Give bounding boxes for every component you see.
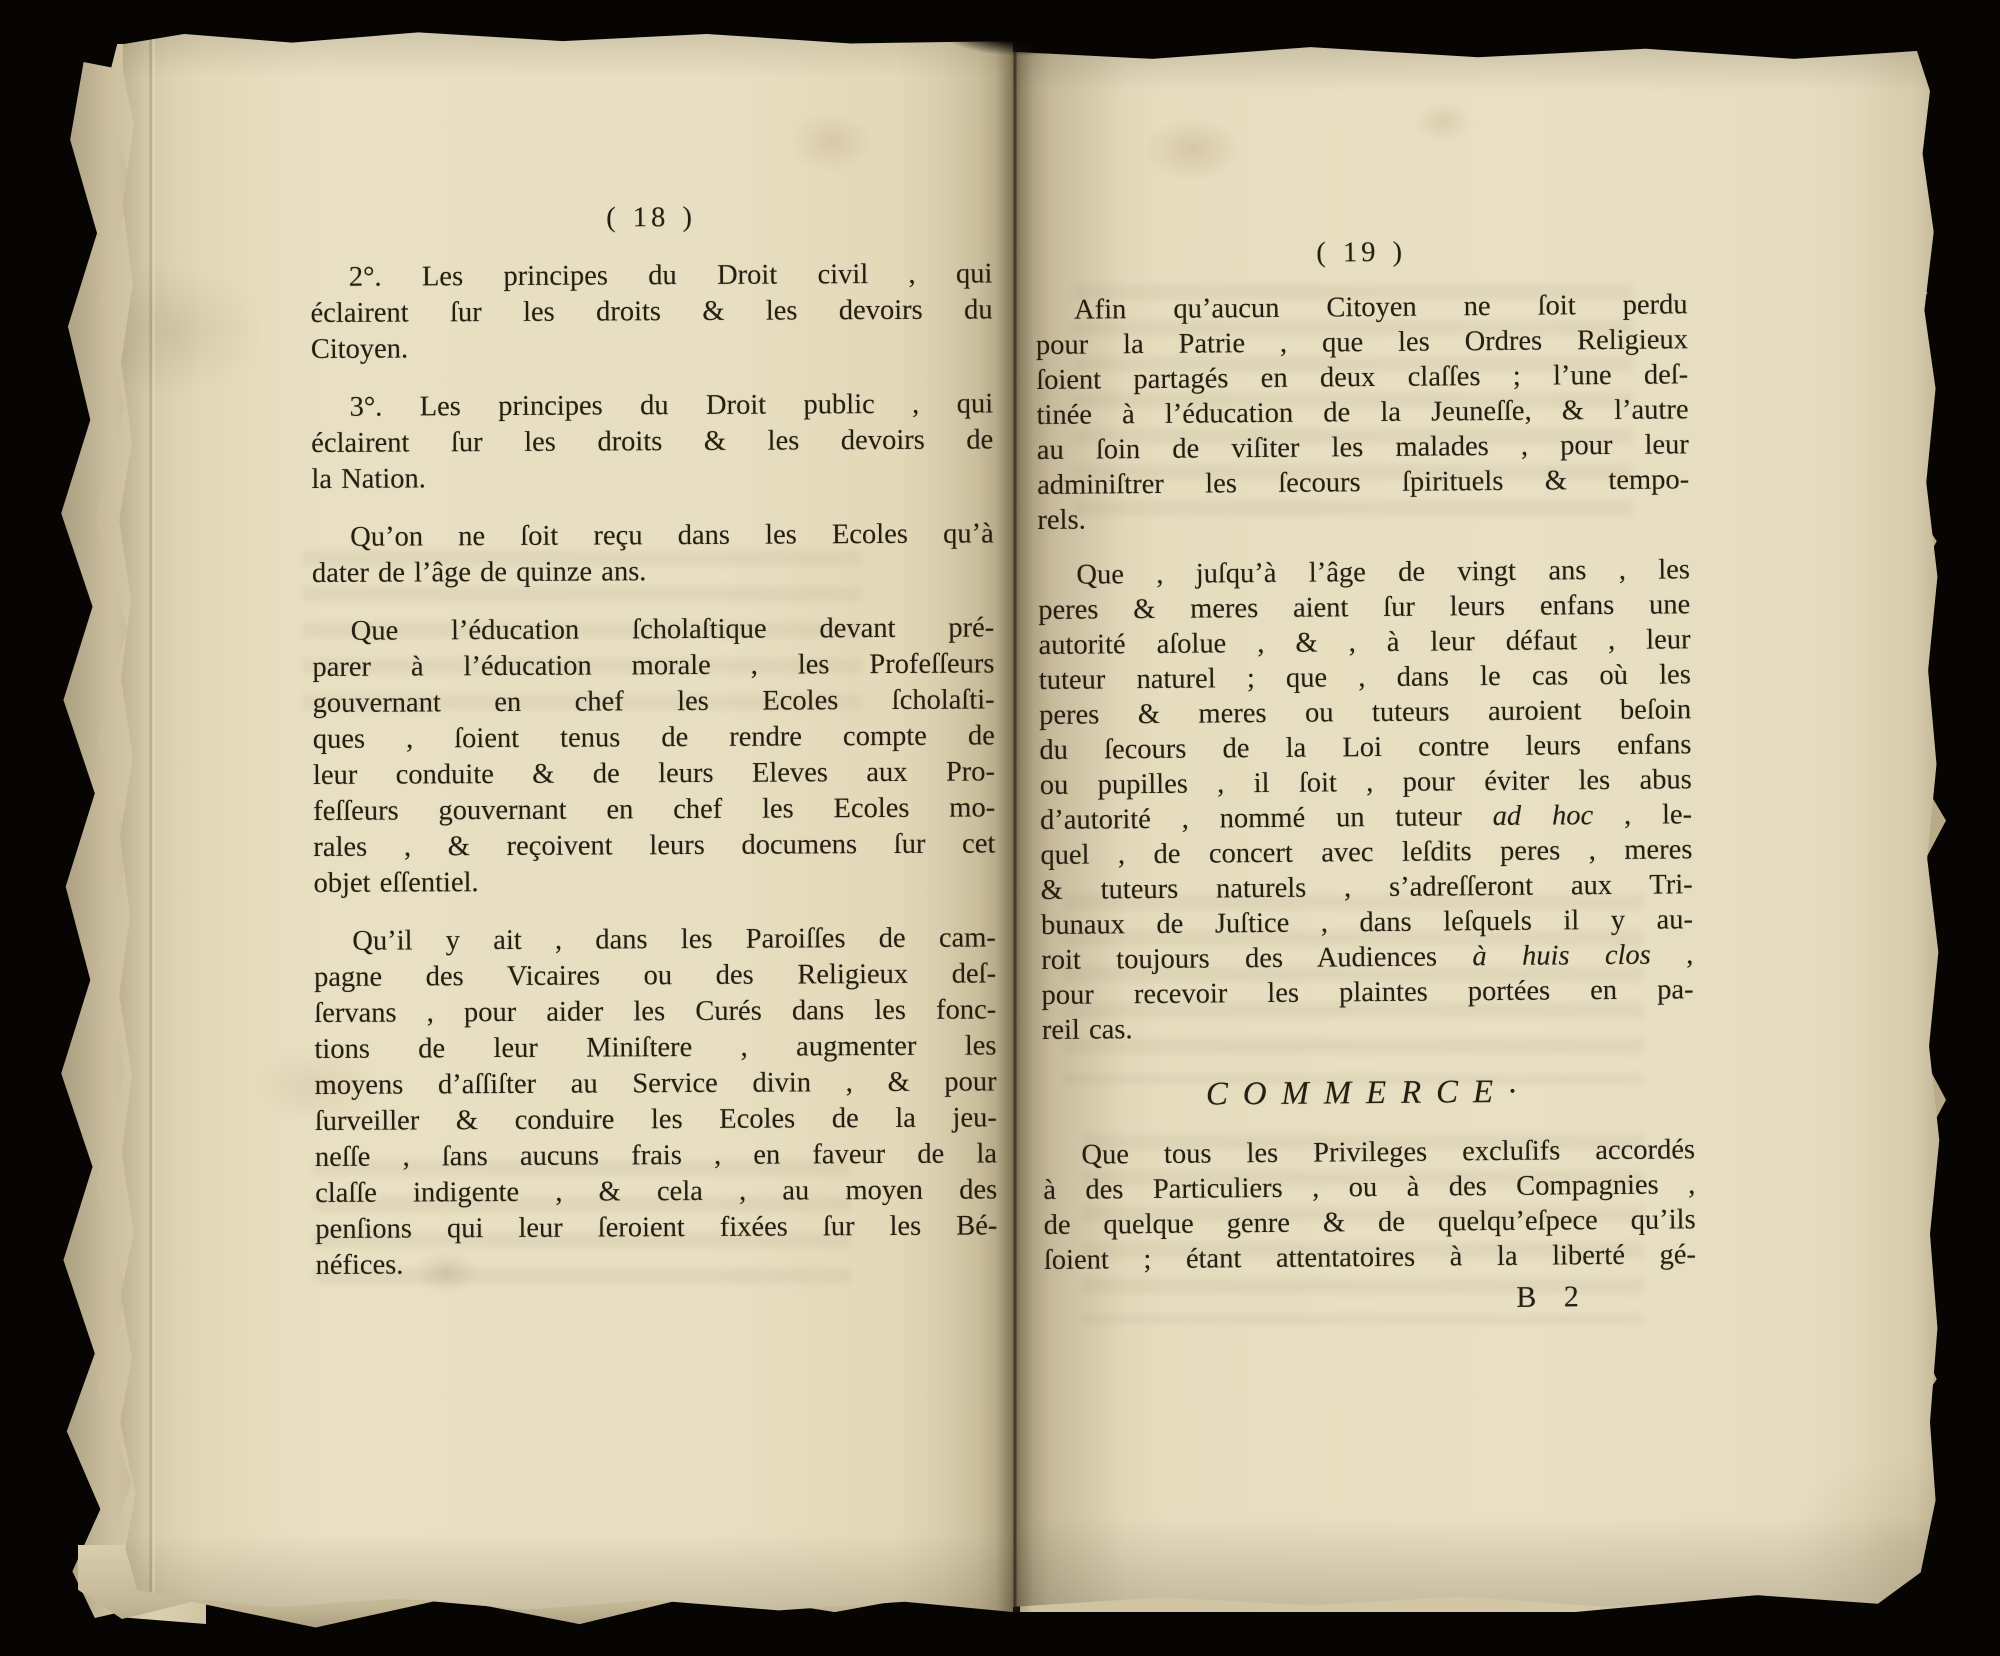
right-page-text: ( 19 ) Afin qu’aucun Citoyen ne ſoit per… — [1035, 232, 1696, 1319]
text-line: Que l’éducation ſcholaſtique devant pré- — [312, 610, 994, 650]
text-segment: d’autorité , nommé un tuteur — [1040, 801, 1493, 836]
text-line: parer à l’éducation morale , les Profeſſ… — [312, 646, 994, 686]
text-line: Que tous les Privileges excluſifs accord… — [1043, 1132, 1695, 1173]
text-line: 2°. Les principes du Droit civil , qui — [310, 256, 992, 296]
text-line: à des Particuliers , ou à des Compagnies… — [1043, 1167, 1695, 1208]
left-page-crease — [148, 30, 156, 1612]
section-heading-commerce: COMMERCE· — [1042, 1068, 1694, 1118]
paragraph: Que l’éducation ſcholaſtique devant pré-… — [312, 610, 995, 902]
text-line: adminiſtrer les ſecours ſpirituels & tem… — [1037, 462, 1689, 503]
text-line: leur conduite & de leurs Eleves aux Pro- — [313, 754, 995, 794]
right-page: ( 19 ) Afin qu’aucun Citoyen ne ſoit per… — [1013, 44, 1943, 1610]
text-line: pour la Patrie , que les Ordres Religieu… — [1036, 322, 1688, 363]
page-number: ( 18 ) — [310, 198, 992, 238]
text-line: tions de leur Miniſtere , augmenter les — [314, 1028, 996, 1068]
text-line: objet eſſentiel. — [313, 862, 995, 902]
paragraph: 3°. Les principes du Droit public , quié… — [311, 386, 994, 498]
text-line: d’autorité , nommé un tuteur ad hoc , le… — [1040, 797, 1692, 838]
text-line: rales , & reçoivent leurs documens ſur c… — [313, 826, 995, 866]
paragraph: 2°. Les principes du Droit civil , quiéc… — [310, 256, 993, 368]
text-line: moyens d’aſſiſter au Service divin , & p… — [315, 1064, 997, 1104]
text-line: peres & meres ou tuteurs auroient beſoin — [1039, 692, 1691, 733]
text-segment: , le- — [1593, 799, 1692, 831]
text-line: la Nation. — [311, 458, 993, 498]
text-line: feſſeurs gouvernant en chef les Ecoles m… — [313, 790, 995, 830]
text-line: tuteur naturel ; que , dans le cas où le… — [1039, 657, 1691, 698]
text-line: Que , juſqu’à l’âge de vingt ans , les — [1038, 552, 1690, 593]
paragraph: Que , juſqu’à l’âge de vingt ans , lespe… — [1038, 552, 1694, 1048]
text-line: rels. — [1037, 497, 1689, 538]
text-line: claſſe indigente , & cela , au moyen des — [315, 1172, 997, 1212]
text-line: ques , ſoient tenus de rendre compte de — [313, 718, 995, 758]
right-page-paragraphs-after-heading: Que tous les Privileges excluſifs accord… — [1043, 1132, 1696, 1278]
text-line: quel , de concert avec leſdits peres , m… — [1040, 832, 1692, 873]
text-line: & tuteurs naturels , s’adreſſeront aux T… — [1041, 867, 1693, 908]
text-line: roit toujours des Audiences à huis clos … — [1041, 937, 1693, 978]
right-page-paragraphs: Afin qu’aucun Citoyen ne ſoit perdupour … — [1035, 287, 1694, 1048]
paragraph: Que tous les Privileges excluſifs accord… — [1043, 1132, 1696, 1278]
text-line: tinée à l’éducation de la Jeuneſſe, & l’… — [1036, 392, 1688, 433]
text-line: neſſe , ſans aucuns frais , en faveur de… — [315, 1136, 997, 1176]
text-segment: roit toujours des Audiences — [1041, 941, 1472, 976]
left-page-text: ( 18 ) 2°. Les principes du Droit civil … — [310, 198, 998, 1284]
text-line: éclairent ſur les droits & les devoirs d… — [311, 422, 993, 462]
italic-text-segment: à huis clos — [1472, 940, 1651, 973]
text-line: de quelque genre & de quelqu’eſpece qu’i… — [1043, 1202, 1695, 1243]
text-line: Qu’il y ait , dans les Paroiſſes de cam- — [314, 920, 996, 960]
text-line: bunaux de Juſtice , dans leſquels il y a… — [1041, 902, 1693, 943]
paragraph: Qu’il y ait , dans les Paroiſſes de cam-… — [314, 920, 998, 1284]
text-line: ſoient ; étant attentatoires à la libert… — [1044, 1237, 1696, 1278]
text-segment: , — [1651, 939, 1694, 970]
text-line: Citoyen. — [311, 328, 993, 368]
left-page-paragraphs: 2°. Les principes du Droit civil , quiéc… — [310, 256, 997, 1284]
paragraph: Afin qu’aucun Citoyen ne ſoit perdupour … — [1035, 287, 1689, 538]
text-line: dater de l’âge de quinze ans. — [312, 552, 994, 592]
text-line: autorité aſolue , & , à leur défaut , le… — [1038, 622, 1690, 663]
text-line: Qu’on ne ſoit reçu dans les Ecoles qu’à — [312, 516, 994, 556]
text-line: pagne des Vicaires ou des Religieux deſ- — [314, 956, 996, 996]
text-line: gouvernant en chef les Ecoles ſcholaſti- — [313, 682, 995, 722]
text-line: au ſoin de viſiter les malades , pour le… — [1037, 427, 1689, 468]
text-line: du ſecours de la Loi contre leurs enfans — [1039, 727, 1691, 768]
text-line: éclairent ſur les droits & les devoirs d… — [310, 292, 992, 332]
text-line: ou pupilles , il ſoit , pour éviter les … — [1040, 762, 1692, 803]
book-scan-background: ( 18 ) 2°. Les principes du Droit civil … — [0, 0, 2000, 1656]
page-number: ( 19 ) — [1035, 232, 1687, 273]
text-line: 3°. Les principes du Droit public , qui — [311, 386, 993, 426]
paragraph: Qu’on ne ſoit reçu dans les Ecoles qu’àd… — [312, 516, 994, 592]
text-line: penſions qui leur ſeroient fixées ſur le… — [315, 1208, 997, 1248]
text-line: néfices. — [315, 1244, 997, 1284]
text-line: peres & meres aient ſur leurs enfans une — [1038, 587, 1690, 628]
text-line: ſervans , pour aider les Curés dans les … — [314, 992, 996, 1032]
italic-text-segment: ad hoc — [1493, 800, 1594, 832]
signature-mark: B 2 — [1044, 1278, 1696, 1319]
text-line: ſurveiller & conduire les Ecoles de la j… — [315, 1100, 997, 1140]
text-line: reil cas. — [1042, 1007, 1694, 1048]
left-page: ( 18 ) 2°. Les principes du Droit civil … — [112, 30, 1013, 1612]
text-line: Afin qu’aucun Citoyen ne ſoit perdu — [1035, 287, 1687, 328]
text-line: ſoient partagés en deux claſſes ; l’une … — [1036, 357, 1688, 398]
text-line: pour recevoir les plaintes portées en pa… — [1041, 972, 1693, 1013]
